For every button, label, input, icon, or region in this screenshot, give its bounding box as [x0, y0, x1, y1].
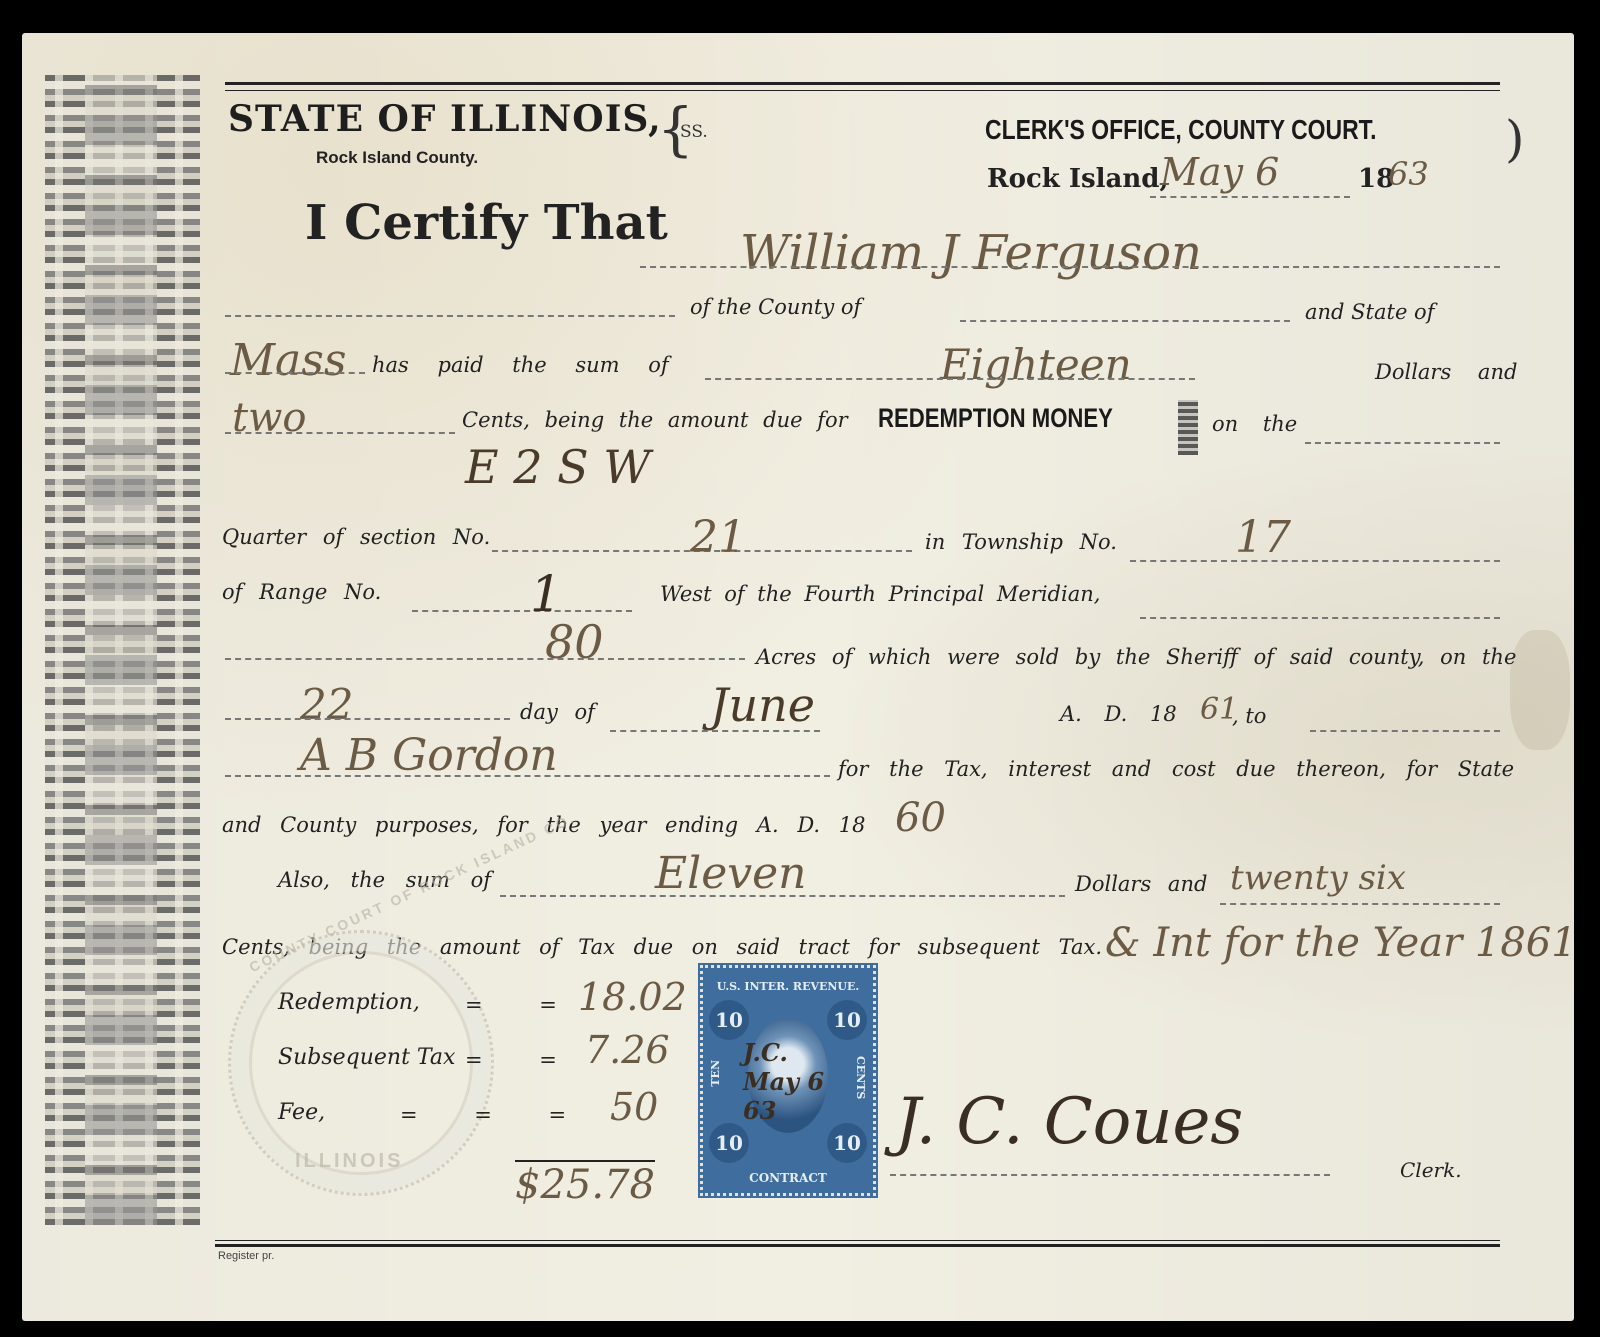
to-line: [1310, 730, 1500, 732]
stamp-left-text: TEN: [709, 1060, 722, 1087]
paid-label: has paid the sum of: [372, 353, 669, 377]
tract-value: E 2 S W: [465, 440, 651, 494]
state-value-line: [225, 372, 365, 374]
summary-amount-redemption: 18.02: [578, 975, 687, 1019]
stamp-denomination-br: 10: [827, 1123, 867, 1163]
day-line: [225, 718, 510, 720]
summary-eq-redemption: = =: [465, 993, 557, 1017]
also-dollars-written: Eleven: [655, 848, 806, 899]
county-of-label: of the County of: [690, 295, 861, 319]
date-written: May 6: [1160, 150, 1279, 194]
on-the-label: on the: [1212, 412, 1297, 436]
payer-name: William J Ferguson: [740, 225, 1202, 281]
acres-line: [225, 658, 745, 660]
to-label: , to: [1232, 704, 1266, 728]
stamp-bottom-text: CONTRACT: [703, 1171, 873, 1185]
office-title: CLERK'S OFFICE, COUNTY COURT.: [985, 114, 1377, 146]
top-rule: [225, 82, 1500, 85]
bottom-rule: [215, 1240, 1500, 1241]
stamp-top-text: U.S. INTER. REVENUE.: [703, 980, 873, 993]
summary-amount-subsequent-tax: 7.26: [585, 1028, 670, 1072]
buyer-line: [225, 775, 830, 777]
bottom-rule-thick: [215, 1244, 1500, 1247]
township-label: in Township No.: [925, 530, 1117, 554]
stamp-right-text: CENTS: [854, 1056, 867, 1099]
range-label: of Range No.: [222, 580, 381, 604]
printer-credit: Register pr.: [218, 1250, 274, 1262]
month-value: June: [710, 678, 815, 732]
day-value: 22: [300, 680, 353, 729]
stamp-denomination-tl: 10: [709, 1000, 749, 1040]
summary-label-subsequent-tax: Subsequent Tax: [278, 1045, 455, 1070]
printer-block-mark: [1178, 400, 1198, 455]
brace-icon-right: ): [1505, 110, 1525, 168]
section-no: 21: [690, 512, 746, 563]
stamp-cancel: J.C. May 6 63: [743, 1038, 843, 1125]
month-line: [610, 730, 820, 732]
summary-label-redemption: Redemption,: [278, 990, 420, 1015]
water-stain: [1510, 630, 1570, 750]
summary-eq-fee: = = =: [400, 1103, 566, 1127]
dollars-line: [705, 378, 1195, 380]
stamp-denomination-tr: 10: [827, 1000, 867, 1040]
summary-amount-fee: 50: [610, 1085, 658, 1129]
township-no: 17: [1235, 512, 1291, 563]
also-dollars-label: Dollars and: [1075, 872, 1207, 896]
county-prefix-line: [225, 315, 675, 317]
signature-line: [890, 1174, 1330, 1176]
summary-label-fee: Fee,: [278, 1100, 325, 1125]
meridian-line: [1140, 617, 1500, 619]
payer-line: [640, 266, 1500, 268]
acres-value: 80: [545, 615, 604, 669]
summary-total: $25.78: [515, 1162, 655, 1208]
county-line-field: [960, 320, 1290, 322]
also-cents-written: twenty six: [1230, 858, 1406, 898]
place-label: Rock Island,: [987, 164, 1169, 194]
summary-eq-subsequent-tax: = =: [465, 1048, 557, 1072]
state-of-label: and State of: [1305, 300, 1434, 324]
cents-written: two: [232, 395, 306, 441]
certify-heading: I Certify That: [305, 195, 668, 251]
on-the-line: [1305, 442, 1500, 444]
clerk-title: Clerk.: [1400, 1158, 1462, 1182]
state-value: Mass: [230, 335, 346, 386]
top-rule-thin: [225, 90, 1500, 91]
meridian-label: West of the Fourth Principal Meridian,: [660, 582, 1100, 606]
dollars-label: Dollars and: [1375, 360, 1517, 384]
ad-label: A. D. 18: [1060, 702, 1177, 726]
state-title: STATE OF ILLINOIS,: [228, 98, 662, 140]
cents-label: Cents, being the amount due for: [462, 408, 848, 432]
ss-label: SS.: [680, 122, 708, 142]
also-cents-line: [1220, 903, 1500, 905]
also-note-written: & Int for the Year 1861: [1105, 920, 1577, 966]
revenue-stamp: U.S. INTER. REVENUE. 10 10 10 10 TEN CEN…: [700, 965, 876, 1196]
stamp-denomination-bl: 10: [709, 1123, 749, 1163]
seal-bottom-text: ILLINOIS: [295, 1150, 403, 1173]
clerk-signature: J. C. Coues: [895, 1085, 1243, 1159]
date-line: [1150, 196, 1350, 198]
day-of-label: day of: [520, 700, 595, 724]
year-written: 63: [1388, 155, 1429, 193]
county-line: Rock Island County.: [316, 148, 478, 168]
township-line: [1130, 560, 1500, 562]
ornamental-border: [45, 75, 200, 1225]
dollars-written: Eighteen: [940, 340, 1132, 389]
cents-line: [225, 432, 455, 434]
redemption-money: REDEMPTION MONEY: [878, 403, 1113, 434]
acres-label: Acres of which were sold by the Sheriff …: [756, 645, 1516, 669]
buyer-name: A B Gordon: [300, 730, 558, 781]
year-ending-written: 60: [895, 795, 946, 841]
range-line: [412, 610, 632, 612]
quarter-label: Quarter of section No.: [222, 525, 490, 549]
tax-label: for the Tax, interest and cost due there…: [838, 757, 1514, 781]
